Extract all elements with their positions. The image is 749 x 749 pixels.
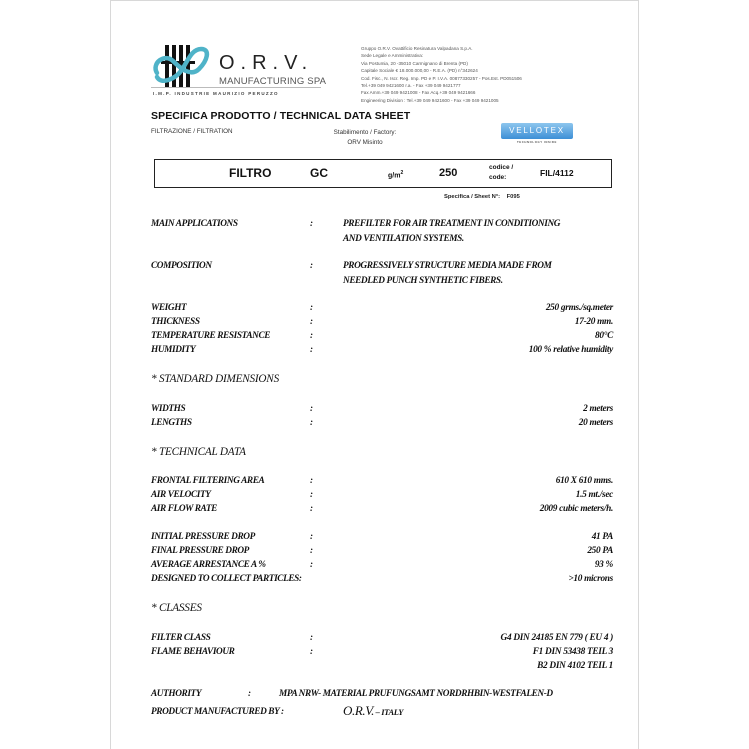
humidity-value: 100 % relative humidity [529, 345, 613, 355]
orv-monogram-logo-icon [151, 43, 213, 89]
lengths-label: LENGTHS [151, 418, 192, 428]
colon: : [310, 532, 313, 542]
authority-value: MPA NRW- MATERIAL PRUFUNGSAMT NORDRHBIN-… [279, 689, 553, 699]
colon: : [310, 331, 313, 341]
colon: : [310, 476, 313, 486]
air-flow-rate-value: 2009 cubic meters/h. [540, 504, 613, 514]
average-arrestance-value: 93 % [595, 560, 613, 570]
company-info-line: Engineering Division : Tel.+39 049 94216… [361, 97, 522, 104]
company-info-line: Tel.+39 049 9421600 r.a. - Fax +39 049 9… [361, 82, 522, 89]
unit-label: g/m2 [388, 170, 403, 179]
company-info-line: Via Postumia, 20 -35010 Carmignano di Br… [361, 60, 522, 67]
colon: : [248, 689, 251, 699]
colon: : [310, 418, 313, 428]
product-category: FILTRAZIONE / FILTRATION [151, 128, 233, 135]
composition-value: PROGRESSIVELY STRUCTURE MEDIA MADE FROM … [343, 259, 551, 288]
lengths-value: 20 meters [579, 418, 613, 428]
final-pressure-drop-label: FINAL PRESSURE DROP [151, 546, 249, 556]
main-applications-label: MAIN APPLICATIONS [151, 219, 238, 229]
factory-label: Stabilimento / Factory: [315, 128, 415, 138]
product-code: FIL/4112 [540, 168, 574, 178]
product-identification-box: FILTRO GC g/m2 250 codice /code: FIL/411… [154, 159, 612, 188]
factory-value: ORV Misinto [315, 138, 415, 148]
main-applications-value: PREFILTER FOR AIR TREATMENT IN CONDITION… [343, 217, 560, 246]
colon: : [310, 633, 313, 643]
final-pressure-drop-value: 250 PA [587, 546, 613, 556]
product-model: GC [310, 166, 328, 180]
company-info-line: Fax Amm.+39 049 9421008 - Fax Acq.+39 04… [361, 89, 522, 96]
frontal-filtering-area-value: 610 X 610 mms. [556, 476, 613, 486]
colon: : [310, 647, 313, 657]
colon: : [310, 219, 313, 229]
authority-label: AUTHORITY [151, 689, 201, 699]
frontal-filtering-area-label: FRONTAL FILTERING AREA [151, 476, 264, 486]
initial-pressure-drop-label: INITIAL PRESSURE DROP [151, 532, 255, 542]
document-page: O.R.V. MANUFACTURING SPA I.M.P. INDUSTRI… [110, 0, 639, 749]
factory-info: Stabilimento / Factory: ORV Misinto [315, 128, 415, 148]
particle-size-value: >10 microns [568, 574, 613, 584]
air-velocity-label: AIR VELOCITY [151, 490, 211, 500]
vellotex-brand-badge: VELLOTEX [501, 123, 573, 139]
sheet-number: Specifica / Sheet N°: F095 [444, 194, 520, 200]
average-arrestance-label: AVERAGE ARRESTANCE A % [151, 560, 266, 570]
company-info-line: Cod. Fisc., N. Iscr. Reg. Imp. PD e P. I… [361, 75, 522, 82]
product-weight: 250 [439, 167, 457, 179]
thickness-value: 17-20 mm. [575, 317, 613, 327]
colon: : [310, 345, 313, 355]
particle-size-label: DESIGNED TO COLLECT PARTICLES: [151, 574, 302, 584]
company-subtitle: MANUFACTURING SPA [219, 76, 326, 87]
flame-behaviour-value-1: F1 DIN 53438 TEIL 3 [533, 647, 613, 657]
colon: : [310, 261, 313, 271]
company-info-line: Sede Legale e Amministrativa: [361, 52, 522, 59]
colon: : [310, 560, 313, 570]
manufacturer-value: O.R.V. – ITALY [343, 703, 403, 719]
flame-behaviour-value-2: B2 DIN 4102 TEIL 1 [537, 661, 613, 671]
company-info: Gruppo O.R.V. Ovattificio Resinatura Val… [361, 45, 522, 104]
widths-value: 2 meters [583, 404, 613, 414]
manufacturer-label: PRODUCT MANUFACTURED BY : [151, 707, 284, 717]
company-tagline: I.M.P. INDUSTRIE MAURIZIO PERUZZO [153, 91, 279, 96]
weight-value: 250 grms./sq.meter [546, 303, 613, 313]
temperature-resistance-label: TEMPERATURE RESISTANCE [151, 331, 270, 341]
company-info-line: Gruppo O.R.V. Ovattificio Resinatura Val… [361, 45, 522, 52]
document-title: SPECIFICA PRODOTTO / TECHNICAL DATA SHEE… [151, 110, 410, 122]
colon: : [310, 490, 313, 500]
vellotex-tagline: TECHNOLOGY INSIDE [501, 140, 573, 144]
company-name: O.R.V. [219, 52, 313, 75]
weight-label: WEIGHT [151, 303, 186, 313]
section-standard-dimensions: * STANDARD DIMENSIONS [151, 373, 279, 385]
widths-label: WIDTHS [151, 404, 185, 414]
composition-label: COMPOSITION [151, 261, 212, 271]
humidity-label: HUMIDITY [151, 345, 195, 355]
product-name: FILTRO [229, 166, 271, 180]
flame-behaviour-label: FLAME BEHAVIOUR [151, 647, 234, 657]
temperature-resistance-value: 80°C [595, 331, 613, 341]
air-velocity-value: 1.5 mt./sec [576, 490, 613, 500]
air-flow-rate-label: AIR FLOW RATE [151, 504, 217, 514]
thickness-label: THICKNESS [151, 317, 200, 327]
colon: : [310, 546, 313, 556]
initial-pressure-drop-value: 41 PA [592, 532, 613, 542]
section-technical-data: * TECHNICAL DATA [151, 446, 246, 458]
filter-class-label: FILTER CLASS [151, 633, 210, 643]
code-label: codice /code: [489, 163, 513, 183]
filter-class-value: G4 DIN 24185 EN 779 ( EU 4 ) [501, 633, 613, 643]
section-classes: * CLASSES [151, 602, 202, 614]
company-info-line: Capitale Sociale € 18.000.000,00 - R.E.A… [361, 67, 522, 74]
colon: : [310, 504, 313, 514]
logo-divider [151, 87, 321, 88]
colon: : [310, 303, 313, 313]
colon: : [310, 404, 313, 414]
colon: : [310, 317, 313, 327]
